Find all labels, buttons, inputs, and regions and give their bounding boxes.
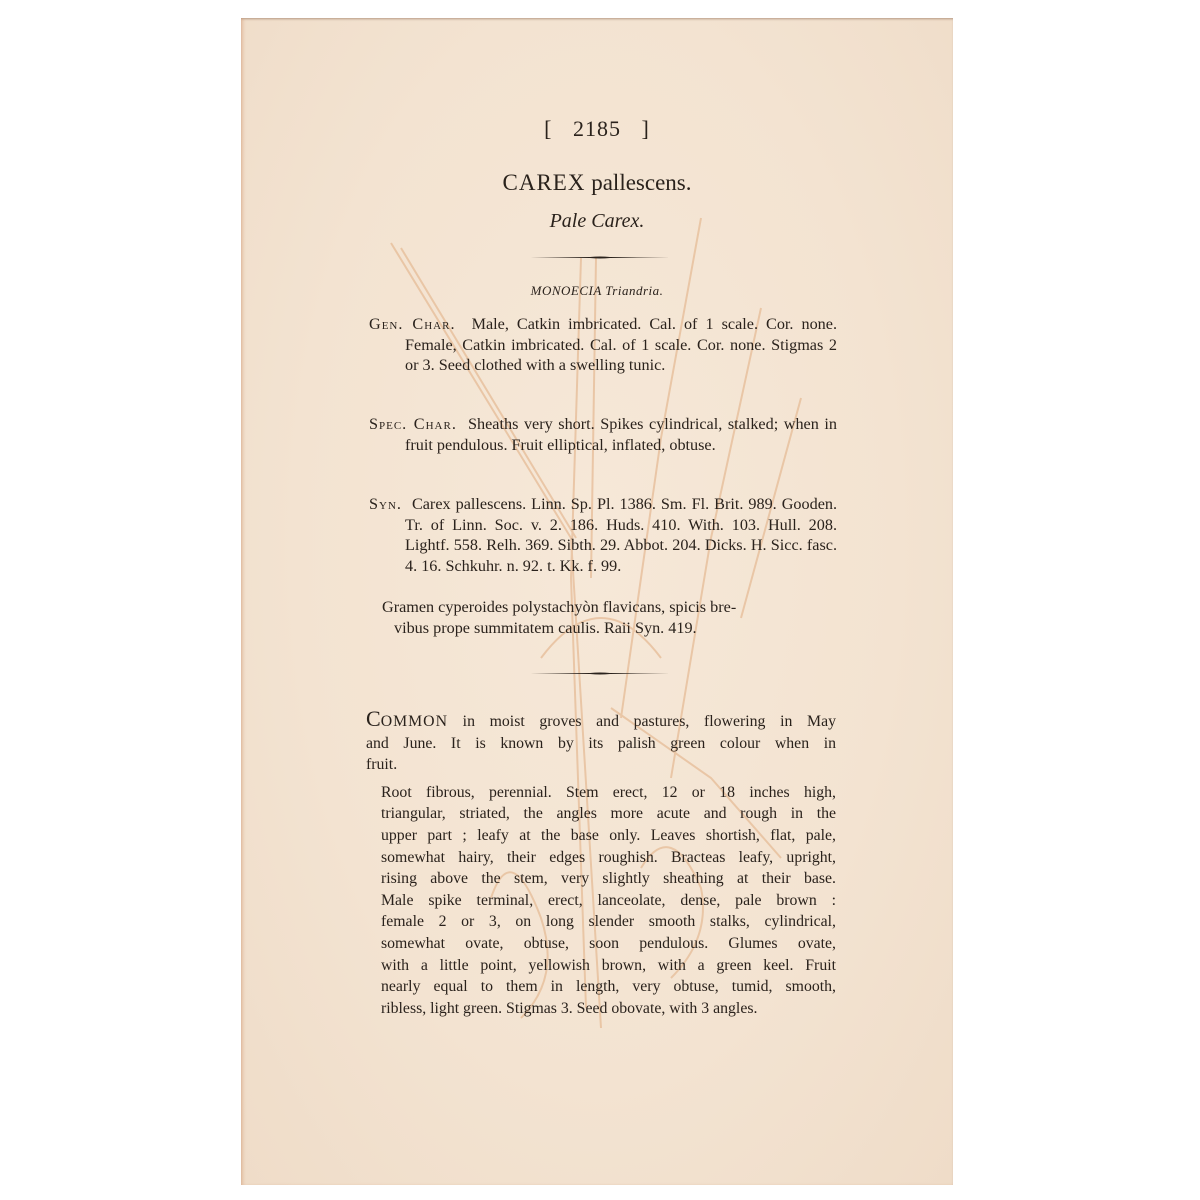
specific-character: Spec. Char. Sheaths very short. Spikes c… xyxy=(369,414,837,455)
ornamental-rule-top xyxy=(530,256,670,259)
syn-line: Carex pallescens. Linn. Sp. Pl. 1386. Sm… xyxy=(412,495,709,513)
spec-char-line: inflated, obtuse. xyxy=(612,436,716,454)
book-page: [ 2185 ] CAREX pallescens. Pale Carex. M… xyxy=(241,18,953,1185)
common-name: Pale Carex. xyxy=(241,210,953,233)
spec-char-label: Spec. Char. xyxy=(369,415,457,433)
gen-char-line: Seed clothed with a swelling tunic. xyxy=(439,356,666,374)
genus-name: CAREX xyxy=(503,170,586,195)
species-description: COMMON in moist groves and pastures, flo… xyxy=(366,708,836,1019)
gramen-line: vibus prope summitatem caulis. Raii Syn.… xyxy=(382,618,837,639)
species-title: CAREX pallescens. xyxy=(241,170,953,196)
gen-char-label: Gen. Char. xyxy=(369,315,456,333)
bracket-left: [ xyxy=(544,116,552,142)
description-paragraph-morphology: Root fibrous, perennial. Stem erect, 12 … xyxy=(366,782,836,1020)
syn-line: Relh. 369. Sibth. 29. Abbot. 204. Dicks.… xyxy=(486,536,766,554)
spec-char-line: Sheaths very short. Spikes cylindrical, xyxy=(468,415,722,433)
linnaean-classification: MONOECIA Triandria. xyxy=(241,283,953,299)
species-name: pallescens. xyxy=(591,170,691,195)
page-number-heading: [ 2185 ] xyxy=(241,116,953,142)
smallcaps-lead: OMMON xyxy=(381,713,448,730)
gramen-line: Gramen cyperoides polystachyòn flavicans… xyxy=(382,597,837,618)
ornamental-rule-bottom xyxy=(530,672,670,675)
description-paragraph-habitat: COMMON in moist groves and pastures, flo… xyxy=(366,708,836,776)
gramen-synonym: Gramen cyperoides polystachyòn flavicans… xyxy=(382,597,837,638)
synonymy: Syn. Carex pallescens. Linn. Sp. Pl. 138… xyxy=(369,494,837,576)
syn-label: Syn. xyxy=(369,495,402,513)
gen-char-line: Male, Catkin imbricated. Cal. of 1 xyxy=(472,315,714,333)
bracket-right: ] xyxy=(642,116,650,142)
page-number: 2185 xyxy=(573,116,621,141)
generic-character: Gen. Char. Male, Catkin imbricated. Cal.… xyxy=(369,314,837,376)
drop-cap: C xyxy=(366,706,381,731)
